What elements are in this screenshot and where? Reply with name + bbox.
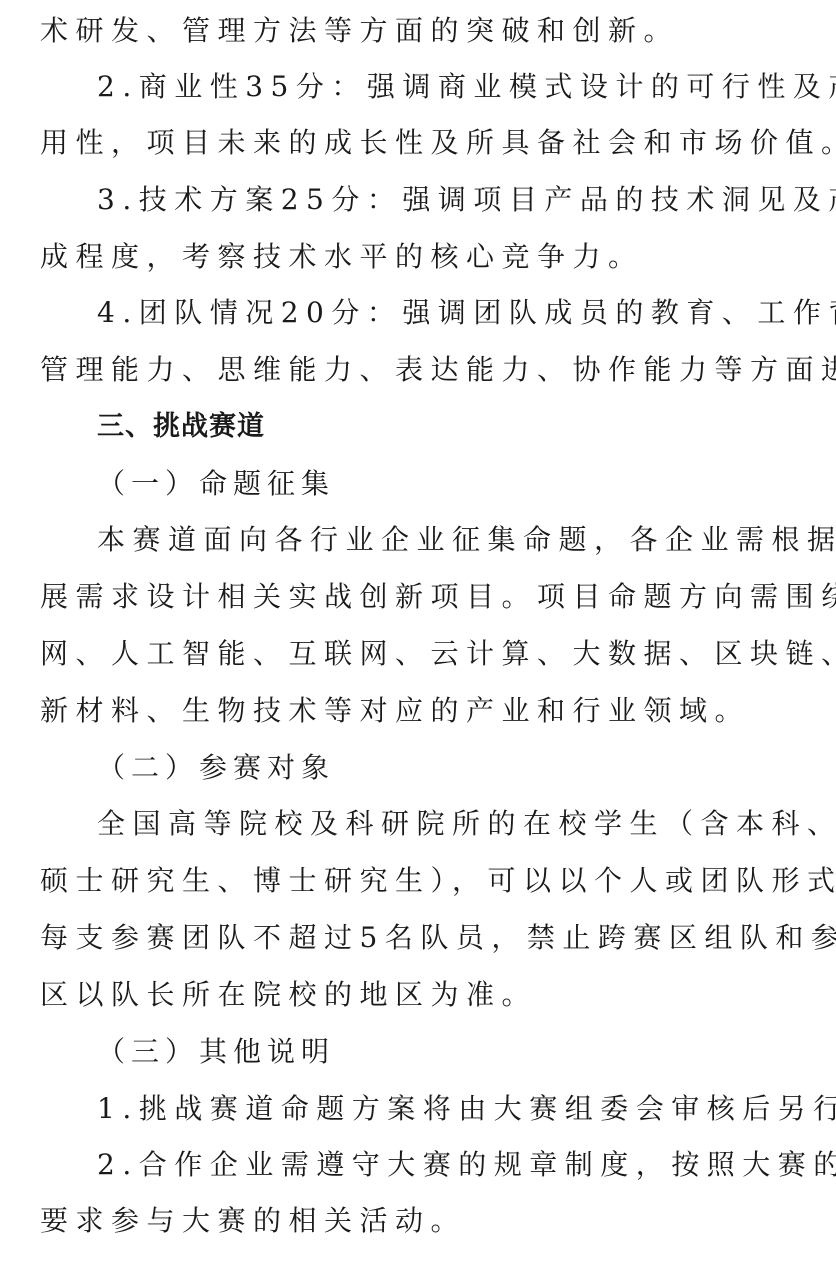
paragraph-line: 硕士研究生、博士研究生），可以以个人或团队形式参赛， — [40, 861, 836, 901]
paragraph-line: 成程度，考察技术水平的核心竞争力。 — [40, 237, 644, 277]
note-item-2: 2.合作企业需遵守大赛的规章制度，按照大赛的流程和 — [97, 1145, 836, 1185]
scoring-item-commercial: 2.商业性35分：强调商业模式设计的可行性及产品的实 — [97, 67, 836, 107]
paragraph-line: 展需求设计相关实战创新项目。项目命题方向需围绕物联 — [40, 577, 836, 617]
subsection-heading-topic-collection: （一）命题征集 — [97, 464, 335, 504]
paragraph-line: 管理能力、思维能力、表达能力、协作能力等方面进行考核。 — [40, 350, 836, 390]
scoring-item-team: 4.团队情况20分：强调团队成员的教育、工作背景，对 — [97, 293, 836, 333]
subsection-heading-participants: （二）参赛对象 — [97, 748, 335, 788]
paragraph-line: 本赛道面向各行业企业征集命题，各企业需根据真实发 — [97, 520, 836, 560]
scoring-item-technical: 3.技术方案25分：强调项目产品的技术洞见及产品的完 — [97, 180, 836, 220]
paragraph-line: 每支参赛团队不超过5名队员，禁止跨赛区组队和参赛，赛 — [40, 918, 836, 958]
paragraph-line: 要求参与大赛的相关活动。 — [40, 1201, 466, 1241]
subsection-heading-other-notes: （三）其他说明 — [97, 1032, 335, 1072]
note-item-1: 1.挑战赛道命题方案将由大赛组委会审核后另行发布。 — [97, 1089, 836, 1129]
paragraph-line: 用性，项目未来的成长性及所具备社会和市场价值。 — [40, 123, 836, 163]
paragraph-line: 全国高等院校及科研院所的在校学生（含本科、专科、 — [97, 804, 836, 844]
paragraph-line: 网、人工智能、互联网、云计算、大数据、区块链、新能源 — [40, 634, 836, 674]
paragraph-line: 术研发、管理方法等方面的突破和创新。 — [40, 11, 679, 51]
paragraph-line: 区以队长所在院校的地区为准。 — [40, 975, 537, 1015]
section-heading: 三、挑战赛道 — [97, 407, 265, 447]
paragraph-line: 新材料、生物技术等对应的产业和行业领域。 — [40, 691, 750, 731]
